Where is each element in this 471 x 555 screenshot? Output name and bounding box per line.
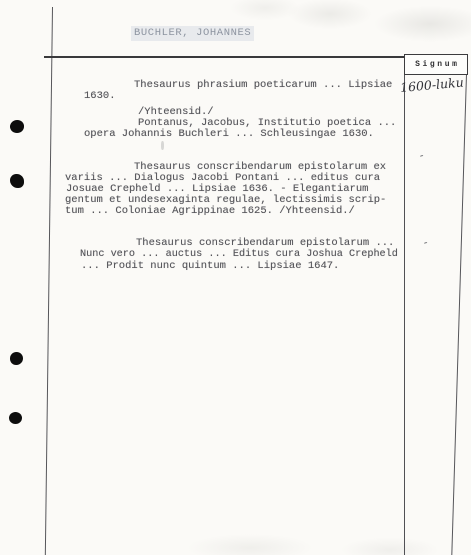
entry-line: 1630. [84, 90, 116, 102]
entry-line: tum ... Coloniae Agrippinae 1625. /Yhtee… [65, 205, 355, 217]
ditto-mark: ″ [420, 155, 424, 165]
punch-hole-dot [10, 174, 24, 188]
signum-column-divider-line [404, 74, 405, 555]
punch-hole-dot [10, 120, 24, 133]
entry-line: Thesaurus conscribendarum epistolarum ..… [136, 237, 394, 249]
ditto-mark: ″ [424, 242, 428, 252]
author-heading: BUCHLER, JOHANNES [131, 26, 254, 41]
entry-line: Nunc vero ... auctus ... Editus cura Jos… [80, 249, 398, 260]
card-left-border-line [45, 7, 54, 555]
punch-hole-dot [10, 352, 23, 365]
scan-smudge [161, 141, 164, 150]
signum-handwritten-value: 1600-luku [399, 74, 470, 95]
header-rule-line [44, 56, 404, 58]
entry-line: Thesaurus phrasium poeticarum ... Lipsia… [134, 79, 392, 91]
card-right-border-line [451, 74, 467, 555]
signum-column-label: Signum [413, 60, 460, 69]
entry-line: opera Johannis Buchleri ... Schleusingae… [84, 128, 374, 140]
signum-header-box: Signum [404, 54, 468, 75]
punch-hole-dot [9, 412, 22, 424]
entry-line: ... Prodit nunc quintum ... Lipsiae 1647… [81, 260, 339, 272]
catalog-card-scan: BUCHLER, JOHANNES Signum 1600-luku ″ ″ T… [0, 0, 471, 555]
